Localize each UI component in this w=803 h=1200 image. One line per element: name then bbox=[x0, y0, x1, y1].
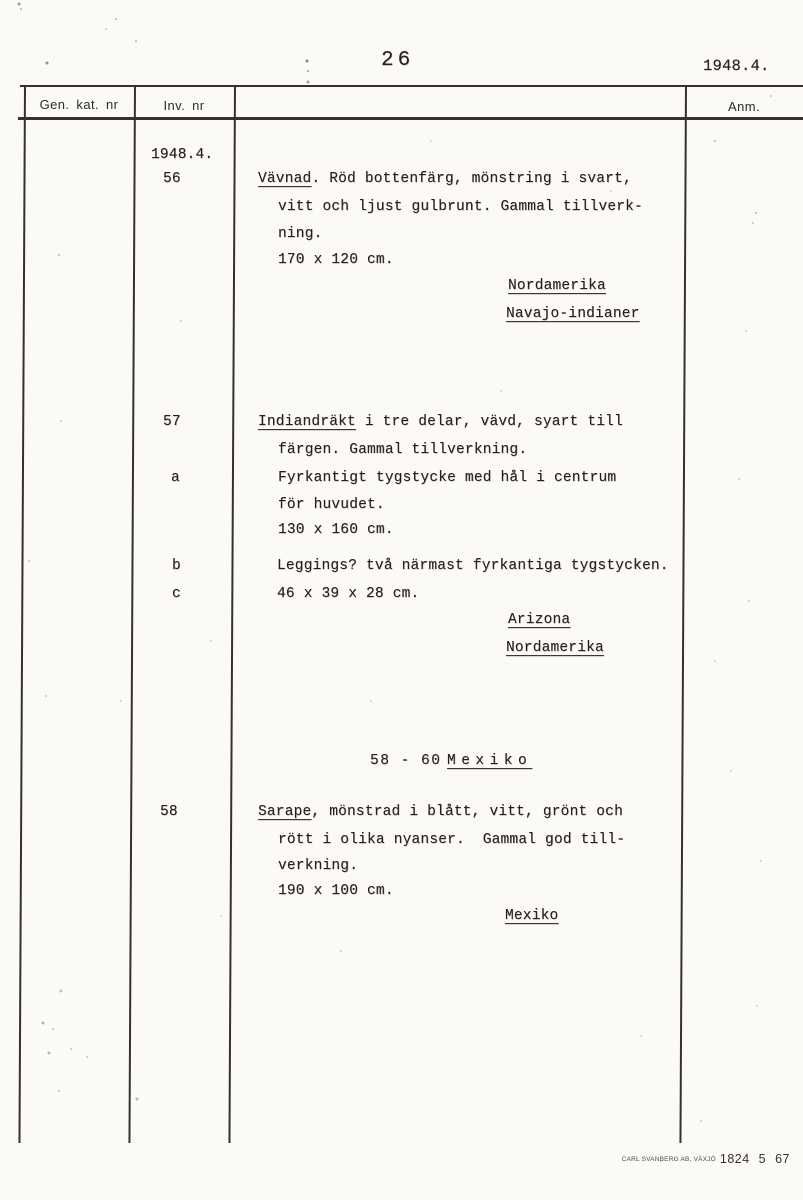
entry-57-object-name: Indiandräkt bbox=[258, 414, 356, 430]
entry-57-line-1-rest: i tre delar, vävd, syart till bbox=[356, 414, 623, 430]
entry-57-sub-c-label: c bbox=[172, 585, 181, 603]
entry-58-line-1-rest: , mönstrad i blått, vitt, grönt och bbox=[311, 804, 623, 820]
page-number: 26 bbox=[381, 52, 414, 70]
entry-57-line-1: Indiandräkt i tre delar, vävd, syart til… bbox=[258, 413, 623, 431]
entry-56-dimensions: 170 x 120 cm. bbox=[278, 251, 394, 269]
column-header-inv-nr: Inv. nr bbox=[119, 98, 249, 113]
printer-name: CARL SVANBERG AB, VÄXJÖ bbox=[622, 1155, 716, 1162]
entry-57-sub-c-dimensions: 46 x 39 x 28 cm. bbox=[277, 585, 419, 603]
entry-58-line-1: Sarape, mönstrad i blått, vitt, grönt oc… bbox=[258, 803, 623, 821]
entry-57-origin-region: Nordamerika bbox=[506, 639, 604, 657]
column-divider-main-anm bbox=[679, 85, 687, 1143]
entry-57-sub-a-label: a bbox=[171, 469, 180, 487]
entry-58-inv-nr: 58 bbox=[160, 803, 178, 821]
printer-mark: CARL SVANBERG AB, VÄXJÖ 1824 5 67 bbox=[585, 1152, 790, 1166]
entry-56-object-name: Vävnad bbox=[258, 171, 311, 187]
scan-artifacts bbox=[0, 0, 2, 2]
table-border-left bbox=[18, 85, 26, 1143]
column-divider-inv-main bbox=[228, 85, 236, 1143]
entry-56-origin-region: Nordamerika bbox=[508, 277, 606, 295]
entry-58-dimensions: 190 x 100 cm. bbox=[278, 882, 394, 900]
entry-58-origin-country: Mexiko bbox=[505, 907, 558, 925]
scanned-catalog-page: 26 1948.4. Gen. kat. nr Inv. nr Anm. 194… bbox=[0, 0, 803, 1200]
entry-56-line-3: ning. bbox=[278, 225, 323, 243]
entry-57-sub-b-line: Leggings? två närmast fyrkantiga tygstyc… bbox=[277, 557, 669, 575]
entry-57-inv-nr: 57 bbox=[163, 413, 181, 431]
entry-56-line-1-rest: . Röd bottenfärg, mönstring i svart, bbox=[311, 171, 631, 187]
entry-56-line-1: Vävnad. Röd bottenfärg, mönstring i svar… bbox=[258, 170, 632, 188]
entry-57-sub-b-label: b bbox=[172, 557, 181, 575]
entry-57-sub-a-dimensions: 130 x 160 cm. bbox=[278, 521, 394, 539]
column-divider-genkat-inv bbox=[128, 85, 136, 1143]
entry-57-origin-state: Arizona bbox=[508, 611, 570, 629]
page-year-ref: 1948.4. bbox=[703, 57, 770, 75]
section-heading-region: Mexiko bbox=[447, 752, 532, 770]
entry-58-object-name: Sarape bbox=[258, 804, 311, 820]
inventory-year-heading: 1948.4. bbox=[151, 146, 213, 164]
printer-form-code: 1824 5 67 bbox=[720, 1152, 790, 1166]
entry-57-sub-a-line-1: Fyrkantigt tygstycke med hål i centrum bbox=[278, 469, 616, 487]
entry-57-line-2: färgen. Gammal tillverkning. bbox=[278, 441, 527, 459]
entry-58-line-3: verkning. bbox=[278, 857, 358, 875]
column-header-anm: Anm. bbox=[679, 99, 803, 114]
entry-58-line-2: rött i olika nyanser. Gammal god till- bbox=[278, 831, 625, 849]
entry-56-inv-nr: 56 bbox=[163, 170, 181, 188]
entry-56-line-2: vitt och ljust gulbrunt. Gammal tillverk… bbox=[278, 198, 643, 216]
entry-56-origin-people: Navajo-indianer bbox=[506, 305, 640, 323]
section-heading-range: 58 - 60 bbox=[370, 752, 441, 770]
entry-57-sub-a-line-2: för huvudet. bbox=[278, 496, 385, 514]
